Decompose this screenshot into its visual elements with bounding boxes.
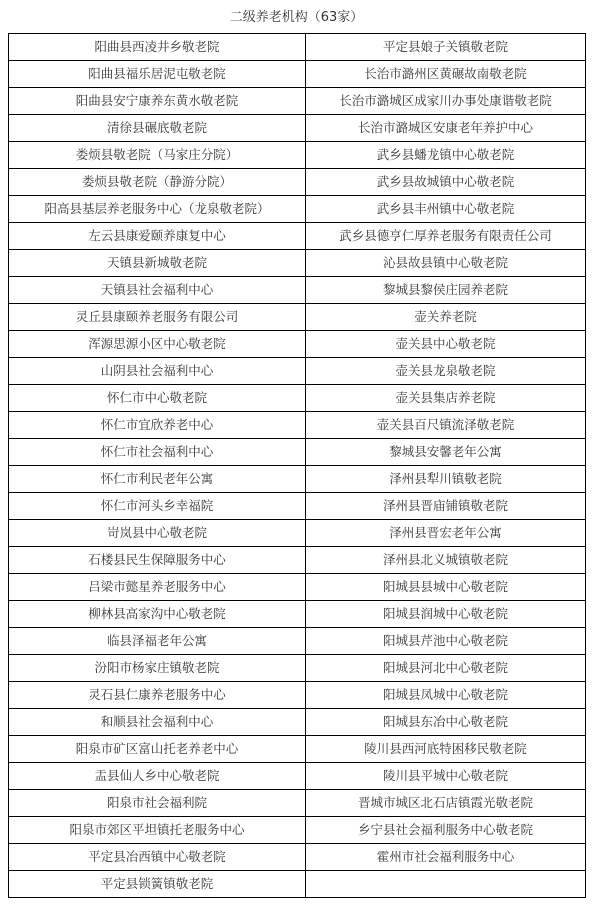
institution-cell-right: 沁县故县镇中心敬老院: [306, 250, 586, 277]
institution-cell-left: 盂县仙人乡中心敬老院: [9, 763, 306, 790]
institution-cell-left: 娄烦县敬老院（静游分院）: [9, 169, 306, 196]
table-row: 娄烦县敬老院（静游分院）武乡县故城镇中心敬老院: [9, 169, 586, 196]
table-row: 阳泉市矿区富山托老养老中心陵川县西河底特困移民敬老院: [9, 736, 586, 763]
institution-cell-left: 怀仁市中心敬老院: [9, 385, 306, 412]
table-row: 怀仁市中心敬老院壶关县集店养老院: [9, 385, 586, 412]
institution-cell-right: 长治市潞城区成家川办事处康谐敬老院: [306, 88, 586, 115]
institution-cell-right: 陵川县西河底特困移民敬老院: [306, 736, 586, 763]
institution-cell-right: 阳城县县城中心敬老院: [306, 574, 586, 601]
institution-cell-right: 长治市潞城区安康老年养护中心: [306, 115, 586, 142]
institution-cell-right: 黎城县黎侯庄园养老院: [306, 277, 586, 304]
table-row: 怀仁市宜欣养老中心壶关县百尺镇流泽敬老院: [9, 412, 586, 439]
institution-cell-left: 阳泉市郊区平坦镇托老服务中心: [9, 817, 306, 844]
institution-cell-right: 阳城县芹池中心敬老院: [306, 628, 586, 655]
institution-cell-right: 武乡县故城镇中心敬老院: [306, 169, 586, 196]
institution-cell-left: 平定县锁簧镇敬老院: [9, 871, 306, 898]
table-row: 左云县康爱颐养康复中心武乡县德亨仁厚养老服务有限责任公司: [9, 223, 586, 250]
institution-cell-left: 天镇县新城敬老院: [9, 250, 306, 277]
institution-cell-right: 黎城县安馨老年公寓: [306, 439, 586, 466]
institution-cell-left: 清徐县碾底敬老院: [9, 115, 306, 142]
institution-cell-right: 阳城县润城中心敬老院: [306, 601, 586, 628]
table-row: 阳曲县福乐居泥屯敬老院长治市潞州区黄碾故南敬老院: [9, 61, 586, 88]
institution-cell-left: 天镇县社会福利中心: [9, 277, 306, 304]
institution-cell-left: 娄烦县敬老院（马家庄分院）: [9, 142, 306, 169]
institution-cell-right: 泽州县犁川镇敬老院: [306, 466, 586, 493]
table-row: 吕梁市懿星养老服务中心阳城县县城中心敬老院: [9, 574, 586, 601]
institution-cell-left: 阳泉市矿区富山托老养老中心: [9, 736, 306, 763]
institution-cell-left: 阳高县基层养老服务中心（龙泉敬老院）: [9, 196, 306, 223]
institution-cell-right: 霍州市社会福利服务中心: [306, 844, 586, 871]
institution-cell-left: 石楼县民生保障服务中心: [9, 547, 306, 574]
institution-cell-left: 平定县冶西镇中心敬老院: [9, 844, 306, 871]
institution-cell-right: 壶关县龙泉敬老院: [306, 358, 586, 385]
institution-cell-left: 阳曲县西凌井乡敬老院: [9, 34, 306, 61]
institution-cell-right: 壶关养老院: [306, 304, 586, 331]
table-row: 怀仁市社会福利中心黎城县安馨老年公寓: [9, 439, 586, 466]
table-row: 柳林县高家沟中心敬老院阳城县润城中心敬老院: [9, 601, 586, 628]
institution-cell-left: 灵丘县康颐养老服务有限公司: [9, 304, 306, 331]
institution-cell-right: 平定县娘子关镇敬老院: [306, 34, 586, 61]
institution-cell-right: 晋城市城区北石店镇霞光敬老院: [306, 790, 586, 817]
institution-cell-right: 乡宁县社会福利服务中心敬老院: [306, 817, 586, 844]
institution-cell-left: 灵石县仁康养老服务中心: [9, 682, 306, 709]
table-row: 天镇县新城敬老院沁县故县镇中心敬老院: [9, 250, 586, 277]
institution-cell-left: 山阴县社会福利中心: [9, 358, 306, 385]
institution-cell-left: 怀仁市河头乡幸福院: [9, 493, 306, 520]
table-row: 岢岚县中心敬老院泽州县晋宏老年公寓: [9, 520, 586, 547]
institution-cell-left: 岢岚县中心敬老院: [9, 520, 306, 547]
institution-cell-right: 武乡县丰州镇中心敬老院: [306, 196, 586, 223]
table-row: 娄烦县敬老院（马家庄分院）武乡县蟠龙镇中心敬老院: [9, 142, 586, 169]
table-row: 天镇县社会福利中心黎城县黎侯庄园养老院: [9, 277, 586, 304]
institution-table: 阳曲县西凌井乡敬老院平定县娘子关镇敬老院阳曲县福乐居泥屯敬老院长治市潞州区黄碾故…: [8, 33, 586, 898]
institution-cell-right: 泽州县晋庙铺镇敬老院: [306, 493, 586, 520]
table-row: 平定县锁簧镇敬老院: [9, 871, 586, 898]
table-row: 阳高县基层养老服务中心（龙泉敬老院）武乡县丰州镇中心敬老院: [9, 196, 586, 223]
institution-cell-left: 柳林县高家沟中心敬老院: [9, 601, 306, 628]
table-row: 盂县仙人乡中心敬老院陵川县平城中心敬老院: [9, 763, 586, 790]
institution-cell-left: 怀仁市利民老年公寓: [9, 466, 306, 493]
table-body: 阳曲县西凌井乡敬老院平定县娘子关镇敬老院阳曲县福乐居泥屯敬老院长治市潞州区黄碾故…: [9, 34, 586, 898]
institution-cell-left: 阳泉市社会福利院: [9, 790, 306, 817]
table-row: 临县泽福老年公寓阳城县芹池中心敬老院: [9, 628, 586, 655]
table-row: 阳曲县西凌井乡敬老院平定县娘子关镇敬老院: [9, 34, 586, 61]
table-row: 阳曲县安宁康养东黄水敬老院长治市潞城区成家川办事处康谐敬老院: [9, 88, 586, 115]
institution-cell-right: 长治市潞州区黄碾故南敬老院: [306, 61, 586, 88]
institution-cell-right: 武乡县蟠龙镇中心敬老院: [306, 142, 586, 169]
institution-cell-left: 左云县康爱颐养康复中心: [9, 223, 306, 250]
institution-cell-left: 汾阳市杨家庄镇敬老院: [9, 655, 306, 682]
institution-cell-left: 阳曲县安宁康养东黄水敬老院: [9, 88, 306, 115]
table-row: 平定县冶西镇中心敬老院霍州市社会福利服务中心: [9, 844, 586, 871]
institution-cell-right: 泽州县晋宏老年公寓: [306, 520, 586, 547]
institution-cell-right: 陵川县平城中心敬老院: [306, 763, 586, 790]
institution-cell-right: [306, 871, 586, 898]
institution-cell-right: 阳城县河北中心敬老院: [306, 655, 586, 682]
institution-cell-left: 怀仁市社会福利中心: [9, 439, 306, 466]
institution-cell-right: 阳城县东冶中心敬老院: [306, 709, 586, 736]
institution-cell-right: 壶关县百尺镇流泽敬老院: [306, 412, 586, 439]
institution-cell-right: 壶关县中心敬老院: [306, 331, 586, 358]
table-row: 灵石县仁康养老服务中心阳城县凤城中心敬老院: [9, 682, 586, 709]
table-row: 石楼县民生保障服务中心泽州县北义城镇敬老院: [9, 547, 586, 574]
institution-cell-right: 阳城县凤城中心敬老院: [306, 682, 586, 709]
table-row: 阳泉市社会福利院晋城市城区北石店镇霞光敬老院: [9, 790, 586, 817]
institution-cell-left: 怀仁市宜欣养老中心: [9, 412, 306, 439]
table-row: 浑源思源小区中心敬老院壶关县中心敬老院: [9, 331, 586, 358]
institution-cell-left: 浑源思源小区中心敬老院: [9, 331, 306, 358]
table-row: 清徐县碾底敬老院长治市潞城区安康老年养护中心: [9, 115, 586, 142]
table-row: 怀仁市利民老年公寓泽州县犁川镇敬老院: [9, 466, 586, 493]
table-row: 和顺县社会福利中心阳城县东冶中心敬老院: [9, 709, 586, 736]
institution-cell-right: 武乡县德亨仁厚养老服务有限责任公司: [306, 223, 586, 250]
institution-cell-left: 阳曲县福乐居泥屯敬老院: [9, 61, 306, 88]
document-title: 二级养老机构（63家）: [0, 8, 593, 28]
institution-cell-left: 吕梁市懿星养老服务中心: [9, 574, 306, 601]
table-row: 山阴县社会福利中心壶关县龙泉敬老院: [9, 358, 586, 385]
table-row: 阳泉市郊区平坦镇托老服务中心乡宁县社会福利服务中心敬老院: [9, 817, 586, 844]
institution-cell-left: 临县泽福老年公寓: [9, 628, 306, 655]
table-row: 灵丘县康颐养老服务有限公司壶关养老院: [9, 304, 586, 331]
institution-cell-right: 泽州县北义城镇敬老院: [306, 547, 586, 574]
institution-cell-left: 和顺县社会福利中心: [9, 709, 306, 736]
table-row: 怀仁市河头乡幸福院泽州县晋庙铺镇敬老院: [9, 493, 586, 520]
institution-cell-right: 壶关县集店养老院: [306, 385, 586, 412]
table-row: 汾阳市杨家庄镇敬老院阳城县河北中心敬老院: [9, 655, 586, 682]
